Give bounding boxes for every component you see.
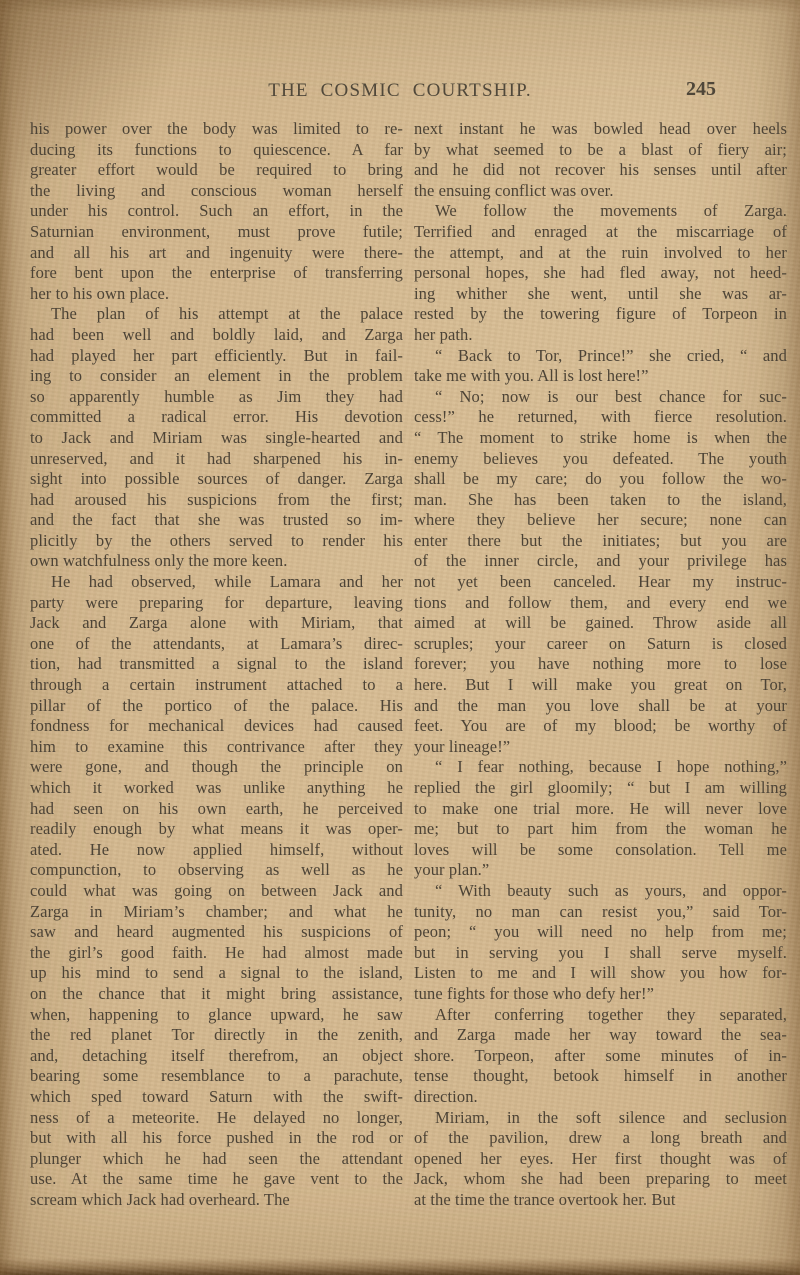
text-line: ducing its functions to quiescence. A fa… [30,140,403,161]
right-column: next instant he was bowled head over hee… [414,119,787,1210]
text-line: the attempt, and at the ruin involved to… [414,243,787,264]
text-line: tune fights for those who defy her!” [414,984,787,1005]
text-line: which it worked was unlike anything he [30,778,403,799]
text-line: feet. You are of my blood; be worthy of [414,716,787,737]
text-line: personal hopes, she had fled away, not h… [414,263,787,284]
text-line: man. She has been taken to the island, [414,490,787,511]
paragraph: his power over the body was limited to r… [30,119,403,304]
text-line: greater effort would be required to brin… [30,160,403,181]
paragraph: Miriam, in the soft silence and seclusio… [414,1108,787,1211]
text-line: but in serving you I shall serve myself. [414,943,787,964]
text-line: could what was going on between Jack and [30,881,403,902]
text-line: one of the attendants, at Lamara’s direc… [30,634,403,655]
text-line: direction. [414,1087,787,1108]
text-line: Terrified and enraged at the miscarriage… [414,222,787,243]
text-line: had seen on his own earth, he perceived [30,799,403,820]
paragraph: He had observed, while Lamara and herpar… [30,572,403,1210]
text-line: shore. Torpeon, after some minutes of in… [414,1046,787,1067]
text-line: your plan.” [414,860,787,881]
text-line: pillar of the portico of the palace. His [30,696,403,717]
paragraph: “ No; now is our best chance for suc-ces… [414,387,787,758]
text-line: use. At the same time he gave vent to th… [30,1169,403,1190]
text-line: “ I fear nothing, because I hope nothing… [414,757,787,778]
text-line: but with all his force pushed in the rod… [30,1128,403,1149]
text-line: under his control. Such an effort, in th… [30,201,403,222]
text-line: own watchfulness only the more keen. [30,551,403,572]
text-line: and he did not recover his senses until … [414,160,787,181]
text-line: up his mind to send a signal to the isla… [30,963,403,984]
paragraph: After conferring together they separated… [414,1005,787,1108]
text-line: his power over the body was limited to r… [30,119,403,140]
paragraph: “ With beauty such as yours, and oppor-t… [414,881,787,1005]
running-title: THE COSMIC COURTSHIP. [0,80,800,102]
text-line: of the inner circle, and your privilege … [414,551,787,572]
text-line: and the man you love shall be at your [414,696,787,717]
text-line: ing to consider an element in the proble… [30,366,403,387]
text-line: enemy believes you defeated. The youth [414,449,787,470]
text-line: fore bent upon the enterprise of transfe… [30,263,403,284]
text-line: the ensuing conflict was over. [414,181,787,202]
text-line: had been well and boldly laid, and Zarga [30,325,403,346]
text-line: We follow the movements of Zarga. [414,201,787,222]
page-header: THE COSMIC COURTSHIP. 245 [0,80,800,104]
text-line: tion, had transmitted a signal to the is… [30,654,403,675]
text-line: The plan of his attempt at the palace [30,304,403,325]
text-line: when, happening to glance upward, he saw [30,1005,403,1026]
text-line: scream which Jack had overheard. The [30,1190,403,1211]
text-line: plunger which he had seen the attendant [30,1149,403,1170]
paragraph: The plan of his attempt at the palacehad… [30,304,403,572]
paragraph: We follow the movements of Zarga.Terrifi… [414,201,787,345]
text-line: tense thought, betook himself in another [414,1066,787,1087]
text-line: the living and conscious woman herself [30,181,403,202]
text-line: enter there but the initiates; but you a… [414,531,787,552]
text-line: to make one trial more. He will never lo… [414,799,787,820]
paragraph: next instant he was bowled head over hee… [414,119,787,201]
text-line: Zarga in Miriam’s chamber; and what he [30,902,403,923]
text-line: Jack and Zarga alone with Miriam, that [30,613,403,634]
text-line: tions and follow them, and every end we [414,593,787,614]
text-line: readily enough by what means it was oper… [30,819,403,840]
text-line: by what seemed to be a blast of fiery ai… [414,140,787,161]
text-line: Listen to me and I will show you how for… [414,963,787,984]
text-line: peon; “ you will need no help from me; [414,922,787,943]
text-line: next instant he was bowled head over hee… [414,119,787,140]
text-line: scruples; your career on Saturn is close… [414,634,787,655]
text-line: party were preparing for departure, leav… [30,593,403,614]
text-line: loves will be some consolation. Tell me [414,840,787,861]
text-line: saw and heard augmented his suspicions o… [30,922,403,943]
text-line: on the chance that it might bring assist… [30,984,403,1005]
text-line: had aroused his suspicions from the firs… [30,490,403,511]
text-line: where they believe her secure; none can [414,510,787,531]
text-line: tunity, no man can resist you,” said Tor… [414,902,787,923]
text-line: so apparently humble as Jim they had [30,387,403,408]
text-line: compunction, to observing as well as he [30,860,403,881]
page-number: 245 [686,78,716,101]
text-line: the red planet Tor directly in the zenit… [30,1025,403,1046]
text-line: and all his art and ingenuity were there… [30,243,403,264]
text-line: through a certain instrument attached to… [30,675,403,696]
text-line: sight into possible sources of danger. Z… [30,469,403,490]
text-line: of the pavilion, drew a long breath and [414,1128,787,1149]
text-line: aimed at will be gained. Throw aside all [414,613,787,634]
book-page: THE COSMIC COURTSHIP. 245 his power over… [0,0,800,1275]
text-line: and the fact that she was trusted so im- [30,510,403,531]
text-line: ness of a meteorite. He delayed no longe… [30,1108,403,1129]
text-line: replied the girl gloomily; “ but I am wi… [414,778,787,799]
text-line: ated. He now applied himself, without [30,840,403,861]
text-line: “ Back to Tor, Prince!” she cried, “ and [414,346,787,367]
text-line: here. But I will make you great on Tor, [414,675,787,696]
text-line: take me with you. All is lost here!” [414,366,787,387]
text-line: fondness for mechanical devices had caus… [30,716,403,737]
text-line: the girl’s good faith. He had almost mad… [30,943,403,964]
text-line: forever; you have nothing more to lose [414,654,787,675]
text-line: me; but to part him from the woman he [414,819,787,840]
text-line: him to examine this contrivance after th… [30,737,403,758]
text-line: After conferring together they separated… [414,1005,787,1026]
text-line: rested by the towering figure of Torpeon… [414,304,787,325]
text-line: your lineage!” [414,737,787,758]
left-column: his power over the body was limited to r… [30,119,403,1210]
text-line: unreserved, and it had sharpened his in- [30,449,403,470]
text-line: which sped toward Saturn with the swift- [30,1087,403,1108]
paragraph: “ Back to Tor, Prince!” she cried, “ and… [414,346,787,387]
text-line: had played her part efficiently. But in … [30,346,403,367]
text-line: plicitly by the others served to render … [30,531,403,552]
text-line: to Jack and Miriam was single-hearted an… [30,428,403,449]
text-line: opened her eyes. Her first thought was o… [414,1149,787,1170]
text-line: He had observed, while Lamara and her [30,572,403,593]
text-line: “ With beauty such as yours, and oppor- [414,881,787,902]
text-line: Saturnian environment, must prove futile… [30,222,403,243]
paragraph: “ I fear nothing, because I hope nothing… [414,757,787,881]
text-line: and, detaching itself therefrom, an obje… [30,1046,403,1067]
text-line: bearing some resemblance to a parachute, [30,1066,403,1087]
text-line: “ No; now is our best chance for suc- [414,387,787,408]
text-line: not yet been canceled. Hear my instruc- [414,572,787,593]
text-line: Miriam, in the soft silence and seclusio… [414,1108,787,1129]
text-line: shall be my care; do you follow the wo- [414,469,787,490]
text-line: “ The moment to strike home is when the [414,428,787,449]
text-line: at the time the trance overtook her. But [414,1190,787,1211]
text-line: her to his own place. [30,284,403,305]
text-line: Jack, whom she had been preparing to mee… [414,1169,787,1190]
text-line: were gone, and though the principle on [30,757,403,778]
text-line: cess!” he returned, with fierce resoluti… [414,407,787,428]
text-line: her path. [414,325,787,346]
text-line: committed a radical error. His devotion [30,407,403,428]
text-line: ing whither she went, until she was ar- [414,284,787,305]
text-columns: his power over the body was limited to r… [30,119,787,1210]
text-line: and Zarga made her way toward the sea- [414,1025,787,1046]
